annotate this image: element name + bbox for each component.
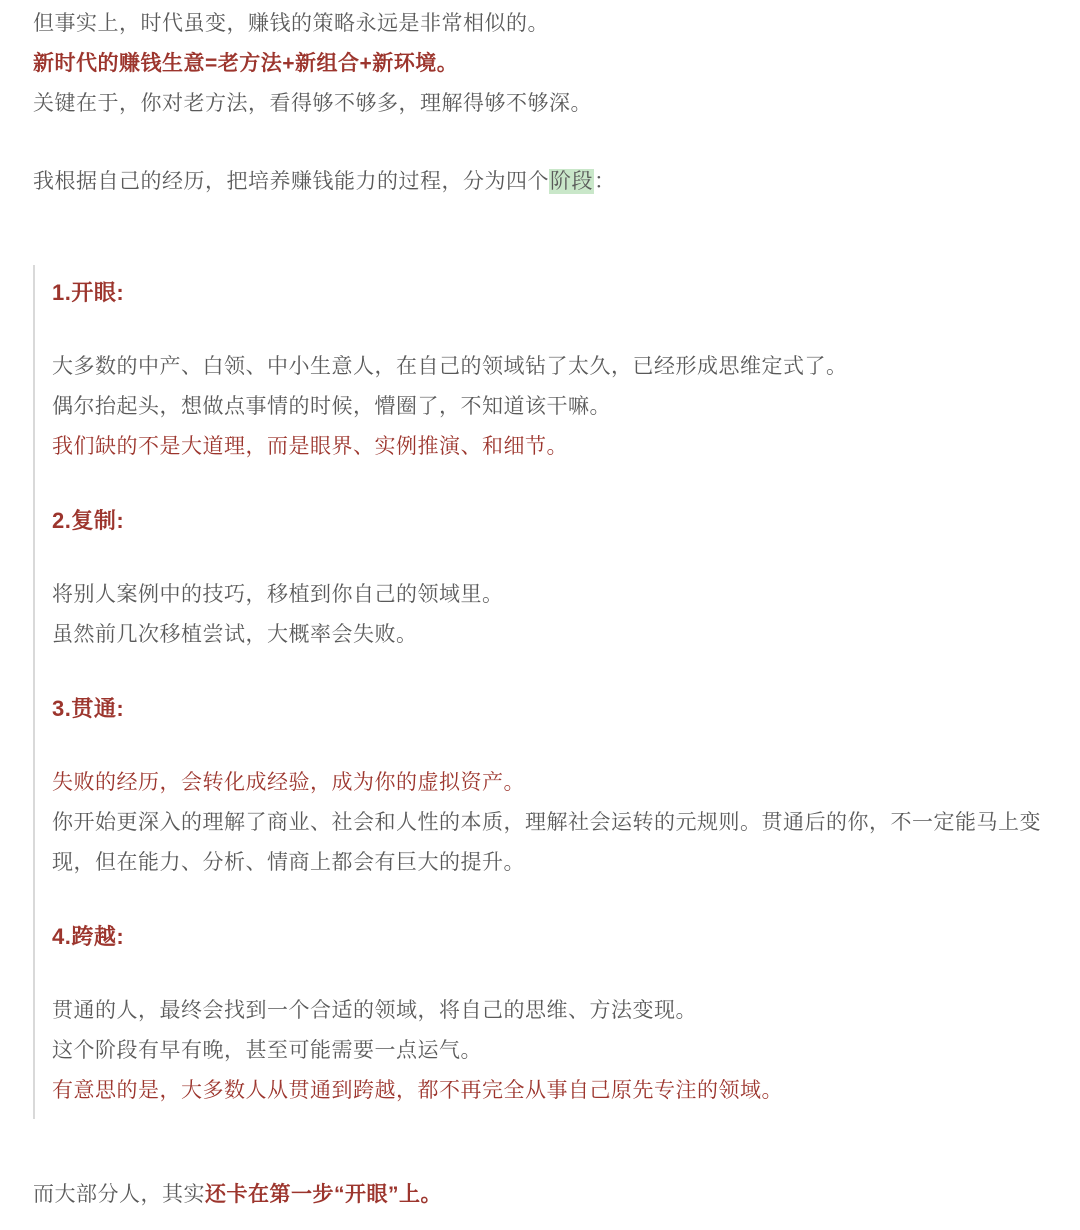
stage-1-line-1: 大多数的中产、白领、中小生意人，在自己的领域钻了太久，已经形成思维定式了。 — [52, 347, 1047, 387]
stages-blockquote: 1.开眼: 大多数的中产、白领、中小生意人，在自己的领域钻了太久，已经形成思维定… — [33, 265, 1047, 1119]
stage-4: 4.跨越: 贯通的人，最终会找到一个合适的领域，将自己的思维、方法变现。 这个阶… — [52, 917, 1047, 1111]
stage-4-line-3: 有意思的是，大多数人从贯通到跨越，都不再完全从事自己原先专注的领域。 — [52, 1071, 1047, 1111]
stage-4-line-1: 贯通的人，最终会找到一个合适的领域，将自己的思维、方法变现。 — [52, 991, 1047, 1031]
highlighted-term: 阶段 — [549, 169, 594, 194]
stage-3-line-1: 失败的经历，会转化成经验，成为你的虚拟资产。 — [52, 763, 1047, 803]
stage-1: 1.开眼: 大多数的中产、白领、中小生意人，在自己的领域钻了太久，已经形成思维定… — [52, 273, 1047, 467]
stage-2-line-2: 虽然前几次移植尝试，大概率会失败。 — [52, 615, 1047, 655]
stage-1-line-3: 我们缺的不是大道理，而是眼界、实例推演、和细节。 — [52, 427, 1047, 467]
stage-4-line-2: 这个阶段有早有晚，甚至可能需要一点运气。 — [52, 1031, 1047, 1071]
stage-2-line-1: 将别人案例中的技巧，移植到你自己的领域里。 — [52, 575, 1047, 615]
stage-3: 3.贯通: 失败的经历，会转化成经验，成为你的虚拟资产。 你开始更深入的理解了商… — [52, 689, 1047, 883]
stage-2-heading: 2.复制: — [52, 501, 1047, 541]
outro-emphasis: 还卡在第一步“开眼”上。 — [205, 1183, 442, 1206]
stage-4-heading: 4.跨越: — [52, 917, 1047, 957]
stage-3-heading: 3.贯通: — [52, 689, 1047, 729]
stage-1-heading: 1.开眼: — [52, 273, 1047, 313]
intro-lead-colon: ： — [594, 170, 616, 193]
stage-3-line-2: 你开始更深入的理解了商业、社会和人性的本质，理解社会运转的元规则。贯通后的你，不… — [52, 803, 1047, 883]
outro-prefix: 而大部分人，其实 — [33, 1183, 205, 1206]
intro-line-3: 关键在于，你对老方法，看得够不够多，理解得够不够深。 — [33, 84, 1047, 124]
intro-line-1: 但事实上，时代虽变，赚钱的策略永远是非常相似的。 — [33, 4, 1047, 44]
outro-line: 而大部分人，其实还卡在第一步“开眼”上。 — [33, 1175, 1047, 1215]
article-page: 但事实上，时代虽变，赚钱的策略永远是非常相似的。 新时代的赚钱生意=老方法+新组… — [0, 0, 1080, 1230]
intro-lead: 我根据自己的经历，把培养赚钱能力的过程，分为四个阶段： — [33, 162, 1047, 202]
intro-formula: 新时代的赚钱生意=老方法+新组合+新环境。 — [33, 44, 1047, 84]
intro-lead-text: 我根据自己的经历，把培养赚钱能力的过程，分为四个 — [33, 170, 549, 193]
stage-2: 2.复制: 将别人案例中的技巧，移植到你自己的领域里。 虽然前几次移植尝试，大概… — [52, 501, 1047, 655]
stage-1-line-2: 偶尔抬起头，想做点事情的时候，懵圈了，不知道该干嘛。 — [52, 387, 1047, 427]
